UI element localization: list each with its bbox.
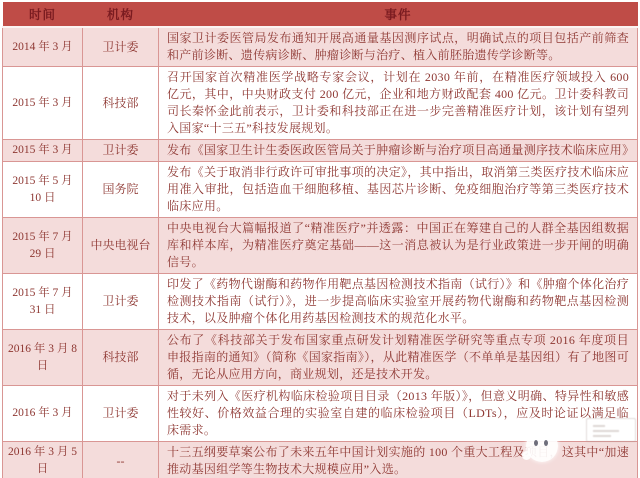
table-row: 2015 年 7 月 29 日中央电视台中央电视台大篇幅报道了“精准医疗”并透露… — [3, 218, 638, 274]
table-row: 2015 年 7 月 31 日卫计委印发了《药物代谢酶和药物作用靶点基因检测技术… — [3, 274, 638, 330]
policy-timeline-table: 时间 机构 事件 2014 年 3 月卫计委国家卫计委医管局发布通知开展高通量基… — [2, 2, 638, 478]
col-header-time: 时间 — [3, 2, 83, 27]
cell-time: 2016 年 3 月 5 日 — [3, 442, 83, 478]
cell-time: 2014 年 3 月 — [3, 27, 83, 67]
cell-event: 发布《关于取消非行政许可审批事项的决定》，其中指出，取消第三类医疗技术临床应用准… — [159, 162, 638, 218]
cell-org: 卫计委 — [83, 27, 159, 67]
table-row: 2015 年 3 月卫计委发布《国家卫生计生委医政医管局关于肿瘤诊断与治疗项目高… — [3, 140, 638, 162]
cell-time: 2016 年 3 月 — [3, 386, 83, 442]
table-row: 2016 年 3 月 5 日--十三五纲要草案公布了未来五年中国计划实施的 10… — [3, 442, 638, 478]
cell-org: -- — [83, 442, 159, 478]
table-row: 2015 年 5 月 10 日国务院发布《关于取消非行政许可审批事项的决定》，其… — [3, 162, 638, 218]
cell-time: 2016 年 3 月 8 日 — [3, 330, 83, 386]
cell-event: 发布《国家卫生计生委医政医管局关于肿瘤诊断与治疗项目高通量测序技术临床应用》 — [159, 140, 638, 162]
cell-org: 卫计委 — [83, 274, 159, 330]
cell-time: 2015 年 5 月 10 日 — [3, 162, 83, 218]
col-header-event: 事件 — [159, 2, 638, 27]
table-row: 2016 年 3 月卫计委对于未列入《医疗机构临床检验项目目录（2013 年版）… — [3, 386, 638, 442]
cell-event: 印发了《药物代谢酶和药物作用靶点基因检测技术指南（试行）》和《肿瘤个体化治疗检测… — [159, 274, 638, 330]
table-row: 2014 年 3 月卫计委国家卫计委医管局发布通知开展高通量基因测序试点，明确试… — [3, 27, 638, 67]
table-frame: 时间 机构 事件 2014 年 3 月卫计委国家卫计委医管局发布通知开展高通量基… — [0, 0, 640, 478]
cell-event: 国家卫计委医管局发布通知开展高通量基因测序试点，明确试点的项目包括产前筛查和产前… — [159, 27, 638, 67]
cell-time: 2015 年 7 月 31 日 — [3, 274, 83, 330]
header-row: 时间 机构 事件 — [3, 2, 638, 27]
cell-event: 公布了《科技部关于发布国家重点研发计划精准医学研究等重点专项 2016 年度项目… — [159, 330, 638, 386]
cell-time: 2015 年 7 月 29 日 — [3, 218, 83, 274]
cell-org: 卫计委 — [83, 140, 159, 162]
cell-time: 2015 年 3 月 — [3, 67, 83, 140]
cell-event: 十三五纲要草案公布了未来五年中国计划实施的 100 个重大工程及项目，这其中“加… — [159, 442, 638, 478]
table-row: 2016 年 3 月 8 日科技部公布了《科技部关于发布国家重点研发计划精准医学… — [3, 330, 638, 386]
cell-org: 卫计委 — [83, 386, 159, 442]
col-header-org: 机构 — [83, 2, 159, 27]
cell-org: 科技部 — [83, 67, 159, 140]
cell-event: 对于未列入《医疗机构临床检验项目目录（2013 年版）》，但意义明确、特异性和敏… — [159, 386, 638, 442]
cell-event: 召开国家首次精准医学战略专家会议，计划在 2030 年前，在精准医疗领域投入 6… — [159, 67, 638, 140]
cell-time: 2015 年 3 月 — [3, 140, 83, 162]
cell-org: 科技部 — [83, 330, 159, 386]
cell-org: 国务院 — [83, 162, 159, 218]
cell-org: 中央电视台 — [83, 218, 159, 274]
table-row: 2015 年 3 月科技部召开国家首次精准医学战略专家会议，计划在 2030 年… — [3, 67, 638, 140]
cell-event: 中央电视台大篇幅报道了“精准医疗”并透露：中国正在筹建自己的人群全基因组数据库和… — [159, 218, 638, 274]
